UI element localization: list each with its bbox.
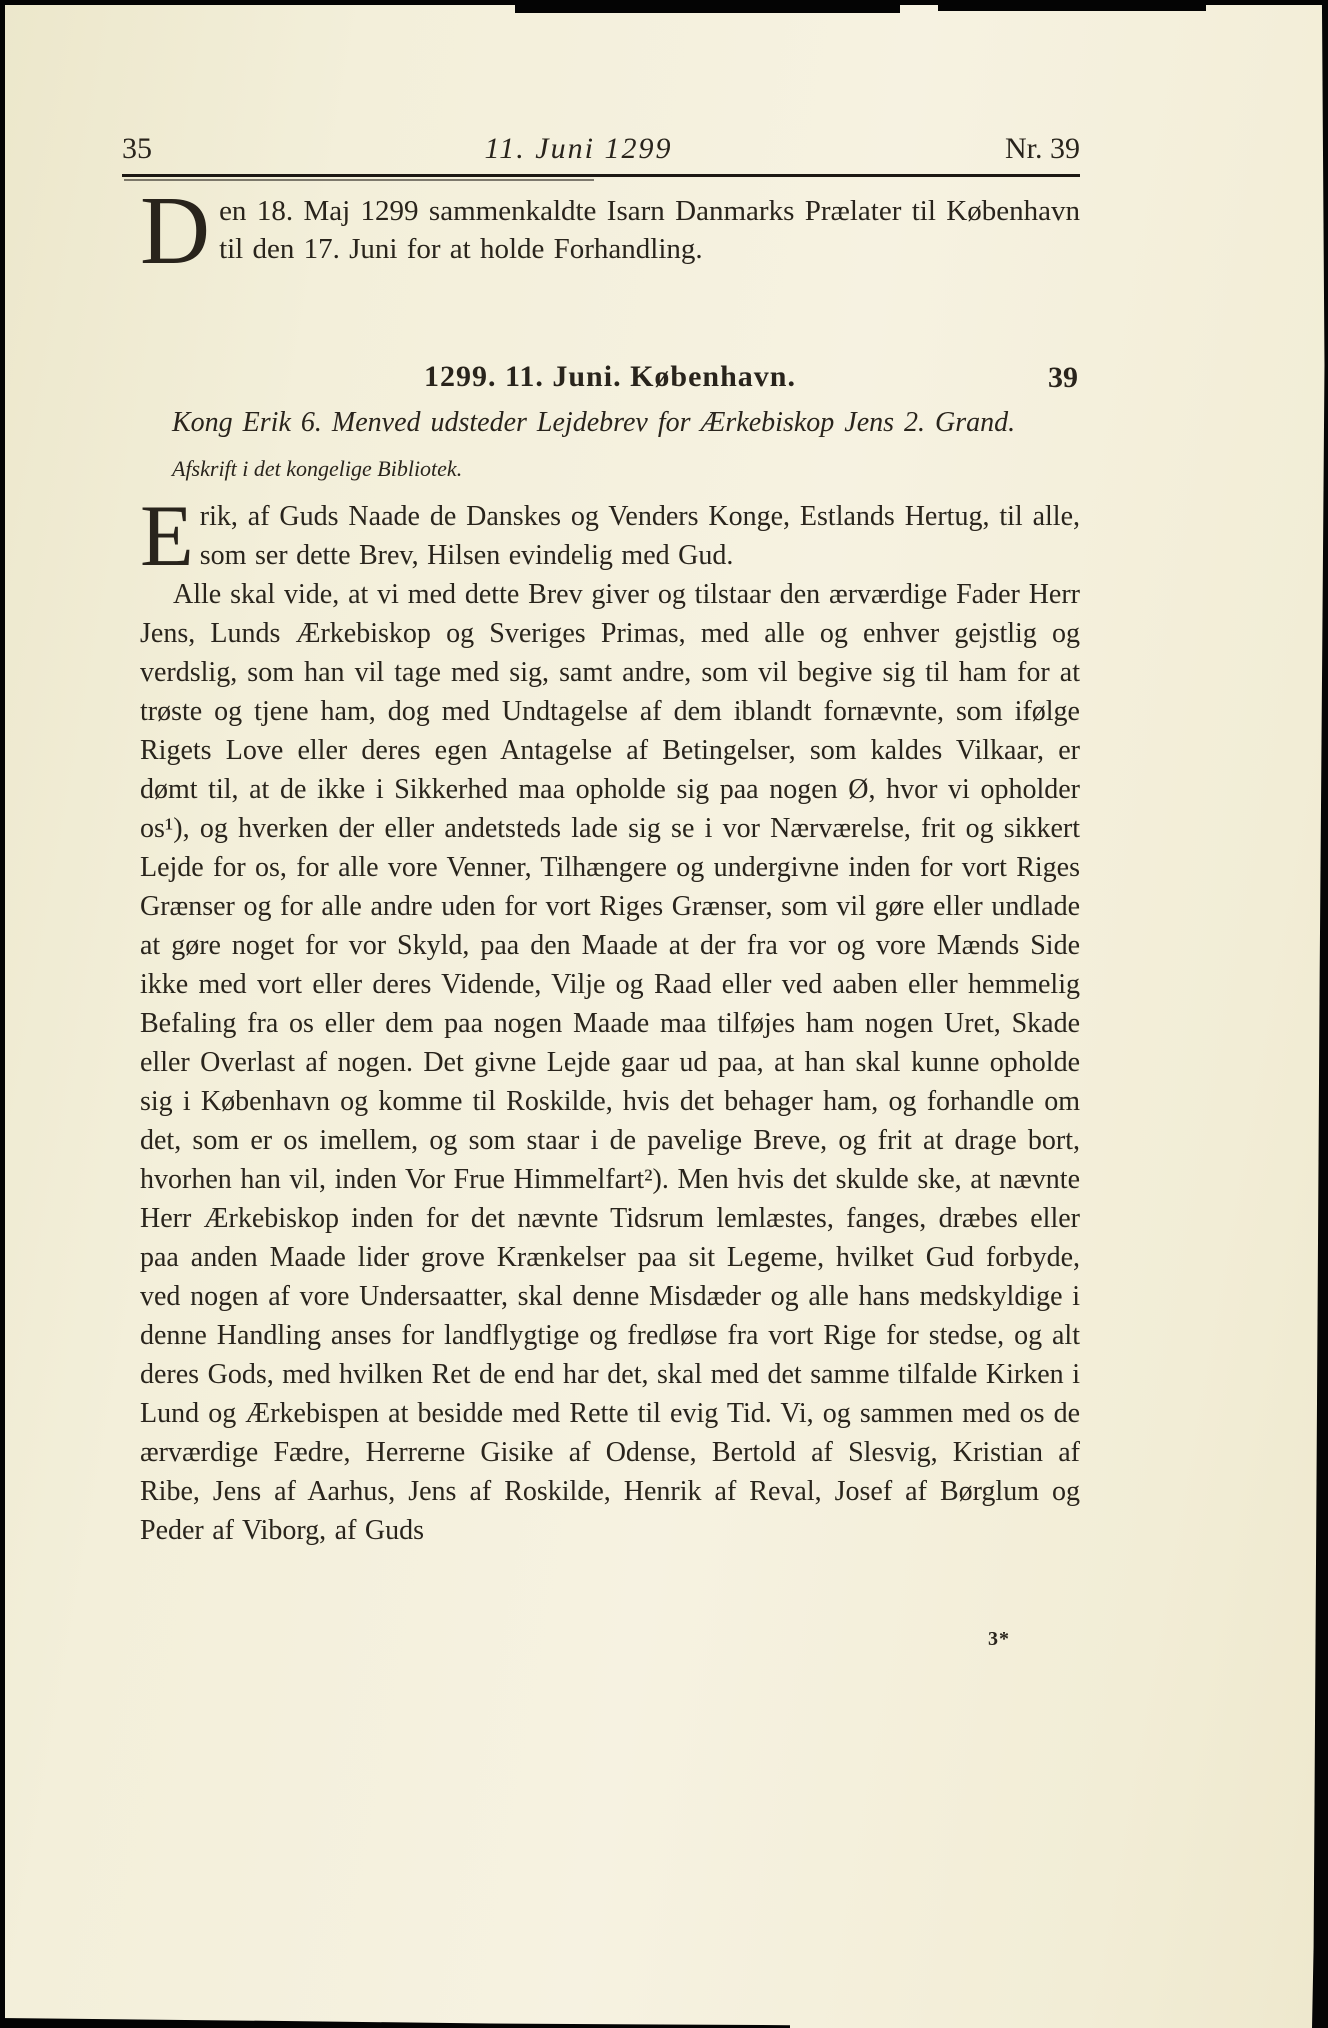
drop-cap-e: E xyxy=(140,498,194,575)
entry-number-label: Nr. 39 xyxy=(1005,132,1080,166)
entry-summary: Kong Erik 6. Menved udsteder Lejdebrev f… xyxy=(172,406,1080,440)
scanned-book-page: 35 11. Juni 1299 Nr. 39 Den 18. Maj 1299… xyxy=(0,0,1328,2028)
scan-edge-top-right xyxy=(938,0,1206,11)
page-number: 35 xyxy=(122,132,152,166)
source-note: Afskrift i det kongelige Bibliotek. xyxy=(172,456,462,482)
body-main-paragraph: Alle skal vide, at vi med dette Brev giv… xyxy=(140,575,1080,1550)
scan-edge-left xyxy=(0,0,5,2028)
entry-heading-number: 39 xyxy=(1048,361,1078,395)
entry-body: Erik, af Guds Naade de Danskes og Vender… xyxy=(140,497,1080,1550)
intro-paragraph: Den 18. Maj 1299 sammenkaldte Isarn Danm… xyxy=(140,192,1080,268)
sheet-signature-mark: 3* xyxy=(988,1628,1010,1651)
body-opening-text: rik, af Guds Naade de Danskes og Venders… xyxy=(200,501,1080,571)
drop-cap-d: D xyxy=(140,194,210,268)
body-opening-paragraph: Erik, af Guds Naade de Danskes og Vender… xyxy=(140,497,1080,575)
running-title: 11. Juni 1299 xyxy=(485,132,673,166)
scan-edge-bottom xyxy=(0,2018,790,2028)
entry-heading-row: 1299. 11. Juni. København. 39 xyxy=(140,360,1080,394)
entry-heading: 1299. 11. Juni. København. xyxy=(424,360,796,393)
running-header: 35 11. Juni 1299 Nr. 39 xyxy=(122,132,1080,166)
scan-edge-right xyxy=(1312,0,1328,2028)
header-rule xyxy=(122,174,1080,177)
intro-text: en 18. Maj 1299 sammenkaldte Isarn Danma… xyxy=(219,195,1080,265)
scan-edge-top-thick xyxy=(515,0,900,13)
